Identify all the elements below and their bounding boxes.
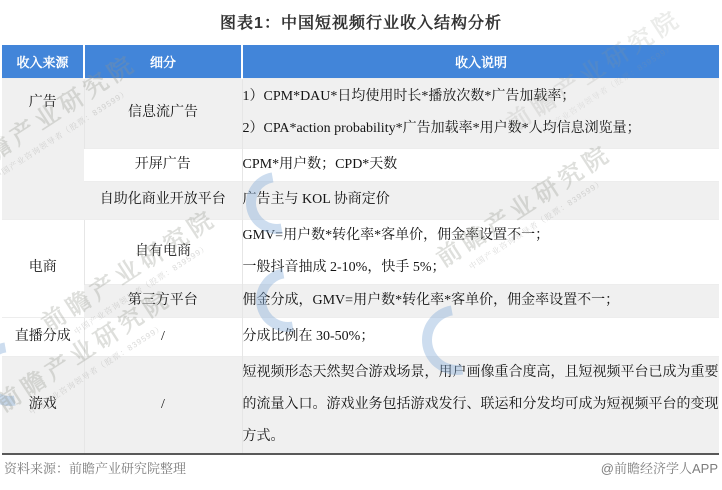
- table-row: 直播分成 / 分成比例在 30-50%；: [2, 317, 719, 356]
- footer-source-note: 资料来源：前瞻产业研究院整理: [4, 458, 186, 477]
- desc-line: 短视频形态天然契合游戏场景，用户画像重合度高，且短视频平台已成为重要的流量入口。…: [243, 357, 720, 453]
- source-cell-ads: 广告: [2, 78, 84, 219]
- table-row: 广告 信息流广告 1）CPM*DAU*日均使用时长*播放次数*广告加载率； 2）…: [2, 78, 719, 148]
- table-header-row: 收入来源 细分 收入说明: [2, 45, 719, 78]
- desc-line: CPM*用户数；CPD*天数: [243, 149, 720, 181]
- segment-cell: 信息流广告: [84, 78, 242, 148]
- header-cell-segment: 细分: [84, 45, 242, 78]
- table-row: 开屏广告 CPM*用户数；CPD*天数: [2, 148, 719, 181]
- page-title: 图表1：中国短视频行业收入结构分析: [0, 10, 722, 33]
- segment-cell: 自助化商业开放平台: [84, 181, 242, 219]
- source-cell-games: 游戏: [2, 356, 84, 454]
- segment-cell: 开屏广告: [84, 148, 242, 181]
- segment-cell: /: [84, 317, 242, 356]
- table-row: 自助化商业开放平台 广告主与 KOL 协商定价: [2, 181, 719, 219]
- segment-cell: 自有电商: [84, 219, 242, 284]
- table-row: 第三方平台 佣金分成，GMV=用户数*转化率*客单价，佣金率设置不一；: [2, 284, 719, 317]
- desc-cell: 短视频形态天然契合游戏场景，用户画像重合度高，且短视频平台已成为重要的流量入口。…: [242, 356, 719, 454]
- desc-line: GMV=用户数*转化率*客单价，佣金率设置不一；: [243, 220, 720, 252]
- desc-cell: 分成比例在 30-50%；: [242, 317, 719, 356]
- desc-cell: 佣金分成，GMV=用户数*转化率*客单价，佣金率设置不一；: [242, 284, 719, 317]
- desc-line: 佣金分成，GMV=用户数*转化率*客单价，佣金率设置不一；: [243, 285, 720, 317]
- desc-line: 一般抖音抽成 2-10%，快手 5%；: [243, 252, 720, 284]
- desc-cell: GMV=用户数*转化率*客单价，佣金率设置不一； 一般抖音抽成 2-10%，快手…: [242, 219, 719, 284]
- table-row: 电商 自有电商 GMV=用户数*转化率*客单价，佣金率设置不一； 一般抖音抽成 …: [2, 219, 719, 284]
- source-cell-livestream: 直播分成: [2, 317, 84, 356]
- segment-cell: /: [84, 356, 242, 454]
- desc-line: 分成比例在 30-50%；: [243, 321, 720, 353]
- desc-line: 1）CPM*DAU*日均使用时长*播放次数*广告加载率；: [243, 81, 720, 113]
- header-cell-source: 收入来源: [2, 45, 84, 78]
- source-cell-ecommerce: 电商: [2, 219, 84, 317]
- header-cell-description: 收入说明: [242, 45, 719, 78]
- desc-cell: 广告主与 KOL 协商定价: [242, 181, 719, 219]
- figure-canvas: 图表1：中国短视频行业收入结构分析 收入来源 细分 收入说明 广告 信息流广告 …: [0, 0, 722, 490]
- footer-brand: @前瞻经济学人APP: [601, 458, 718, 477]
- table-row: 游戏 / 短视频形态天然契合游戏场景，用户画像重合度高，且短视频平台已成为重要的…: [2, 356, 719, 454]
- desc-cell: CPM*用户数；CPD*天数: [242, 148, 719, 181]
- desc-line: 2）CPA*action probability*广告加载率*用户数*人均信息浏…: [243, 113, 720, 145]
- revenue-structure-table: 收入来源 细分 收入说明 广告 信息流广告 1）CPM*DAU*日均使用时长*播…: [2, 45, 719, 455]
- desc-cell: 1）CPM*DAU*日均使用时长*播放次数*广告加载率； 2）CPA*actio…: [242, 78, 719, 148]
- segment-cell: 第三方平台: [84, 284, 242, 317]
- desc-line: 广告主与 KOL 协商定价: [243, 184, 720, 216]
